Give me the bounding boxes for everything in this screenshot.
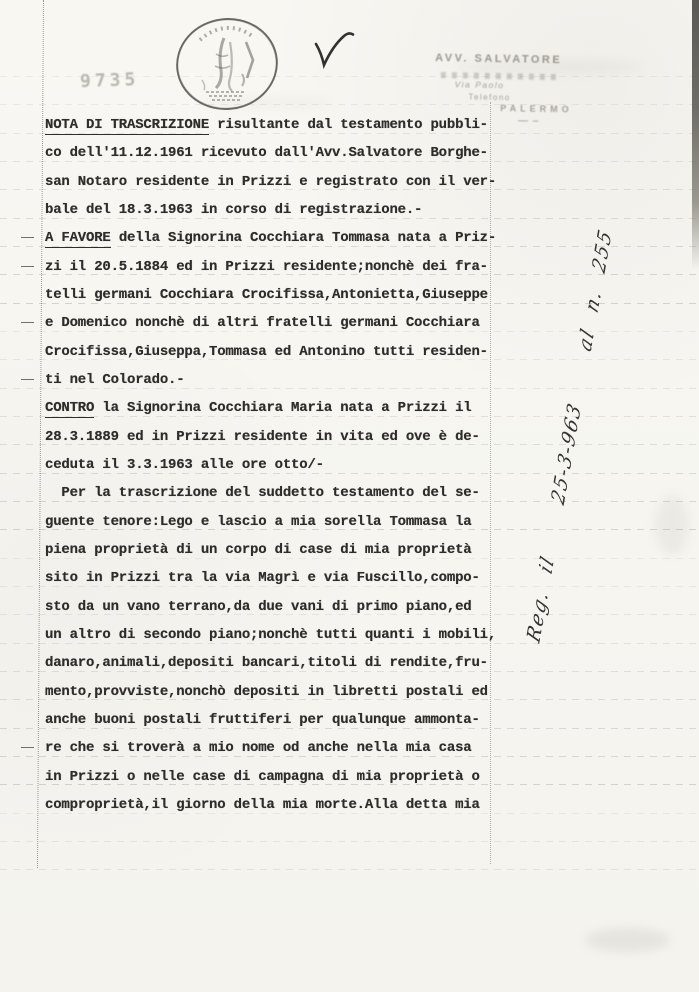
- document-body: NOTA DI TRASCRIZIONE risultante dal test…: [45, 111, 515, 819]
- text-line: telli germani Cocchiara Crocifissa,Anton…: [45, 281, 515, 309]
- line-text: co dell'11.12.1961 ricevuto dall'Avv.Sal…: [45, 145, 488, 161]
- letterhead-phone: Telefono: [468, 93, 510, 103]
- margin-tick: [21, 379, 34, 380]
- ruled-line: [0, 841, 699, 842]
- line-text: guente tenore:Lego e lascio a mia sorell…: [45, 514, 471, 530]
- text-line: danaro,animali,depositi bancari,titoli d…: [45, 649, 515, 677]
- line-text: anche buoni postali fruttiferi per qualu…: [45, 712, 480, 728]
- underlined-heading: CONTRO: [45, 400, 94, 418]
- text-line: NOTA DI TRASCRIZIONE risultante dal test…: [45, 111, 515, 139]
- line-text: comproprietà,il giorno della mia morte.A…: [45, 797, 480, 813]
- ruled-line: [0, 869, 699, 870]
- line-text: san Notaro residente in Prizzi e registr…: [45, 174, 496, 190]
- paper-smudge: [200, 98, 330, 108]
- protocol-number-stamp: 9735: [80, 69, 140, 92]
- text-line: in Prizzi o nelle case di campagna di mi…: [45, 763, 515, 791]
- line-text: bale del 18.3.1963 in corso di registraz…: [45, 202, 422, 218]
- line-text: mento,provviste,nonchò depositi in libre…: [45, 684, 488, 700]
- letterhead-address: Via Paolo: [455, 79, 505, 90]
- text-line: un altro di secondo piano;nonchè tutti q…: [45, 621, 515, 649]
- text-line: co dell'11.12.1961 ricevuto dall'Avv.Sal…: [45, 139, 515, 167]
- line-text: re che si troverà a mio nome od anche ne…: [45, 740, 471, 756]
- underlined-heading: NOTA DI TRASCRIZIONE: [45, 117, 209, 135]
- line-text: Per la trascrizione del suddetto testame…: [45, 485, 480, 501]
- line-text: Crocifissa,Giuseppa,Tommasa ed Antonino …: [45, 344, 488, 360]
- line-text: danaro,animali,depositi bancari,titoli d…: [45, 655, 488, 671]
- text-line: Crocifissa,Giuseppa,Tommasa ed Antonino …: [45, 338, 515, 366]
- text-line: san Notaro residente in Prizzi e registr…: [45, 168, 515, 196]
- line-text: ceduta il 3.3.1963 alle ore otto/-: [45, 457, 324, 473]
- text-line: comproprietà,il giorno della mia morte.A…: [45, 791, 515, 819]
- handwritten-checkmark-icon: [310, 28, 358, 72]
- paper-smudge: [655, 495, 689, 555]
- margin-tick: [21, 747, 34, 748]
- margin-tick: [21, 237, 34, 238]
- text-line: piena proprietà di un corpo di case di m…: [45, 536, 515, 564]
- paper-smudge: [585, 928, 670, 952]
- text-line: ti nel Colorado.-: [45, 366, 515, 394]
- text-line: anche buoni postali fruttiferi per qualu…: [45, 706, 515, 734]
- text-line: sto da un vano terrano,da due vani di pr…: [45, 593, 515, 621]
- text-line: zi il 20.5.1884 ed in Prizzi residente;n…: [45, 253, 515, 281]
- line-text: ti nel Colorado.-: [45, 372, 184, 388]
- margin-tick: [21, 322, 34, 323]
- line-text: in Prizzi o nelle case di campagna di mi…: [45, 769, 480, 785]
- line-text: un altro di secondo piano;nonchè tutti q…: [45, 627, 496, 643]
- line-text: della Signorina Cocchiara Tommasa nata a…: [111, 230, 496, 246]
- line-text: sito in Prizzi tra la via Magrì e via Fu…: [45, 570, 480, 586]
- line-text: telli germani Cocchiara Crocifissa,Anton…: [45, 287, 488, 303]
- scanner-edge-strip: [692, 0, 699, 270]
- text-line: 28.3.1889 ed in Prizzi residente in vita…: [45, 423, 515, 451]
- line-text: piena proprietà di un corpo di case di m…: [45, 542, 471, 558]
- letterhead-rule: — –: [518, 115, 540, 126]
- scanned-document-page: 9735 AVV. SALVATORE Via Paolo Telefono P…: [0, 0, 699, 992]
- text-line: sito in Prizzi tra la via Magrì e via Fu…: [45, 564, 515, 592]
- line-text: 28.3.1889 ed in Prizzi residente in vita…: [45, 429, 480, 445]
- line-text: zi il 20.5.1884 ed in Prizzi residente;n…: [45, 259, 488, 275]
- text-line: e Domenico nonchè di altri fratelli germ…: [45, 309, 515, 337]
- text-line: guente tenore:Lego e lascio a mia sorell…: [45, 508, 515, 536]
- left-margin-line: [37, 0, 44, 868]
- text-line: A FAVORE della Signorina Cocchiara Tomma…: [45, 224, 515, 252]
- text-line: bale del 18.3.1963 in corso di registraz…: [45, 196, 515, 224]
- paper-smudge: [455, 60, 645, 74]
- text-line: ceduta il 3.3.1963 alle ore otto/-: [45, 451, 515, 479]
- text-line: mento,provviste,nonchò depositi in libre…: [45, 678, 515, 706]
- underlined-heading: A FAVORE: [45, 230, 111, 248]
- line-text: sto da un vano terrano,da due vani di pr…: [45, 599, 471, 615]
- text-line: CONTRO la Signorina Cocchiara Maria nata…: [45, 394, 515, 422]
- line-text: e Domenico nonchè di altri fratelli germ…: [45, 315, 480, 331]
- margin-tick: [21, 266, 34, 267]
- line-text: risultante dal testamento pubbli-: [209, 117, 488, 133]
- text-line: re che si troverà a mio nome od anche ne…: [45, 734, 515, 762]
- line-text: la Signorina Cocchiara Maria nata a Priz…: [94, 400, 471, 416]
- ruled-line: [0, 104, 699, 105]
- text-line: Per la trascrizione del suddetto testame…: [45, 479, 515, 507]
